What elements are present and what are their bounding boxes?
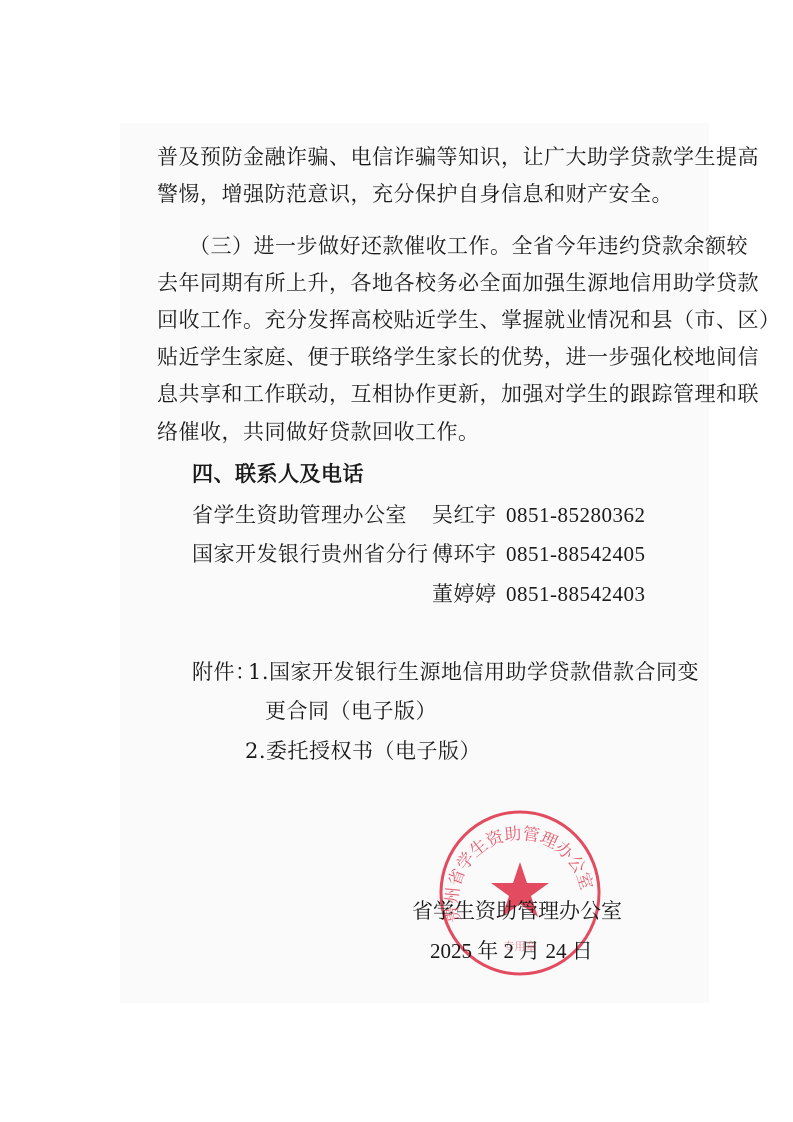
attachment-item-continued: 更合同（电子版） (265, 697, 437, 725)
paragraph-line: 络催收，共同做好贷款回收工作。 (157, 418, 480, 446)
contact-org: 省学生资助管理办公室 (192, 501, 407, 529)
attachment-item: 2.委托授权书（电子版） (245, 737, 481, 765)
section-heading: 四、联系人及电话 (192, 460, 364, 488)
contact-name: 傅环宇 (432, 540, 497, 568)
paragraph-line: 去年同期有所上升，各地各校务必全面加强生源地信用助学贷款 (157, 269, 759, 297)
signature-org: 省学生资助管理办公室 (412, 895, 622, 925)
paragraph-line: 回收工作。充分发挥高校贴近学生、掌握就业情况和县（市、区） (157, 306, 781, 334)
paragraph-line: 警惕，增强防范意识，充分保护自身信息和财产安全。 (157, 180, 673, 208)
paragraph-line: （三）进一步做好还款催收工作。全省今年违约贷款余额较 (189, 232, 748, 260)
contact-phone: 0851-88542403 (506, 580, 646, 608)
signature-date: 2025 年 2 月 24 日 (430, 935, 593, 965)
paragraph-line: 贴近学生家庭、便于联络学生家长的优势，进一步强化校地间信 (157, 343, 759, 371)
contact-name: 董婷婷 (432, 580, 497, 608)
attachments-label: 附件： (192, 658, 257, 686)
contact-name: 吴红宇 (432, 501, 497, 529)
paragraph-line: 普及预防金融诈骗、电信诈骗等知识，让广大助学贷款学生提高 (157, 143, 759, 171)
contact-org: 国家开发银行贵州省分行 (192, 540, 429, 568)
attachment-item: 1.国家开发银行生源地信用助学贷款借款合同变 (248, 658, 699, 686)
paragraph-line: 息共享和工作联动，互相协作更新，加强对学生的跟踪管理和联 (157, 380, 759, 408)
contact-phone: 0851-85280362 (506, 501, 646, 529)
contact-phone: 0851-88542405 (506, 540, 646, 568)
